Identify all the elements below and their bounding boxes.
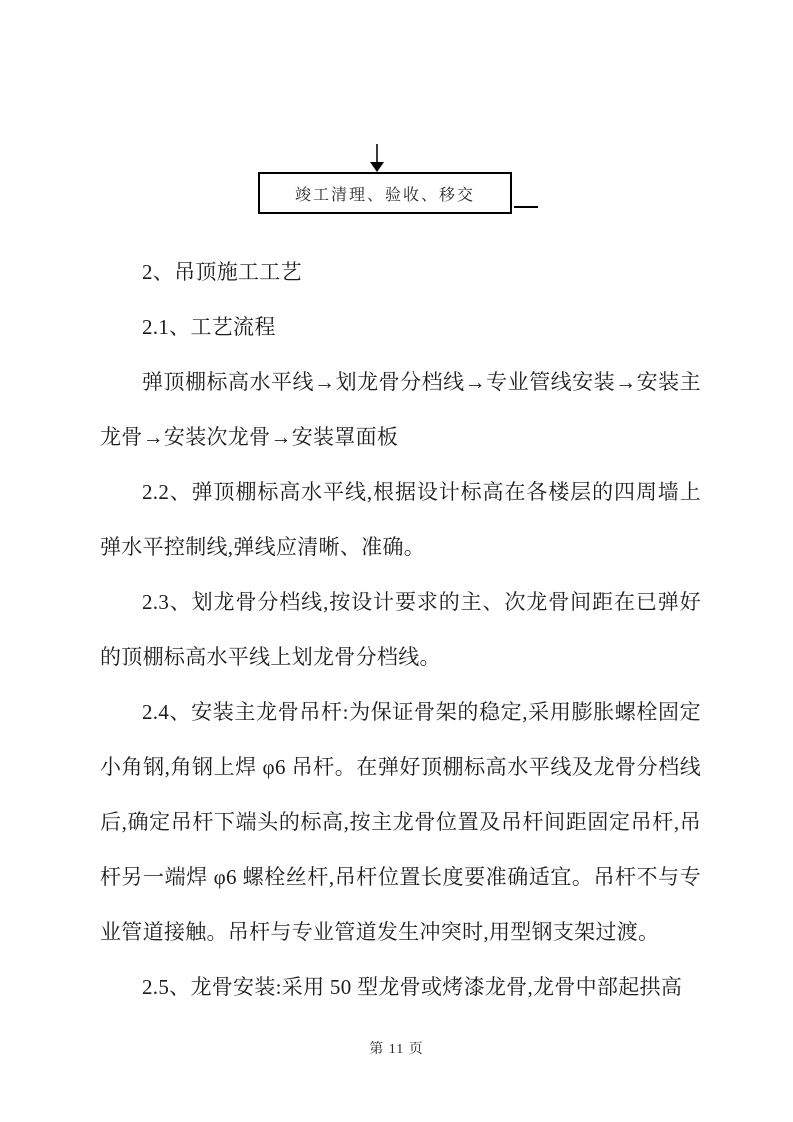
paragraph-2-5: 2.5、龙骨安装:采用 50 型龙骨或烤漆龙骨,龙骨中部起拱高 bbox=[100, 960, 701, 1015]
document-body: 2、吊顶施工工艺 2.1、工艺流程 弹顶棚标高水平线→划龙骨分档线→专业管线安装… bbox=[100, 245, 701, 1015]
heading-section-2-1: 2.1、工艺流程 bbox=[100, 300, 701, 355]
connector-stub-line bbox=[514, 206, 538, 208]
heading-section-2: 2、吊顶施工工艺 bbox=[100, 245, 701, 300]
document-page: 竣工清理、验收、移交 2、吊顶施工工艺 2.1、工艺流程 弹顶棚标高水平线→划龙… bbox=[0, 0, 793, 1122]
paragraph-2-2: 2.2、弹顶棚标高水平线,根据设计标高在各楼层的四周墙上弹水平控制线,弹线应清晰… bbox=[100, 465, 701, 575]
paragraph-2-3: 2.3、划龙骨分档线,按设计要求的主、次龙骨间距在已弹好的顶棚标高水平线上划龙骨… bbox=[100, 575, 701, 685]
flowchart-box-label: 竣工清理、验收、移交 bbox=[295, 182, 475, 205]
paragraph-process-flow: 弹顶棚标高水平线→划龙骨分档线→专业管线安装→安装主龙骨→安装次龙骨→安装罩面板 bbox=[100, 355, 701, 465]
page-number: 第 11 页 bbox=[0, 1038, 793, 1058]
flowchart-box: 竣工清理、验收、移交 bbox=[258, 172, 512, 214]
paragraph-2-4: 2.4、安装主龙骨吊杆:为保证骨架的稳定,采用膨胀螺栓固定小角钢,角钢上焊 φ6… bbox=[100, 685, 701, 960]
arrow-down-icon bbox=[376, 144, 378, 164]
arrow-down-head-icon bbox=[370, 162, 384, 172]
